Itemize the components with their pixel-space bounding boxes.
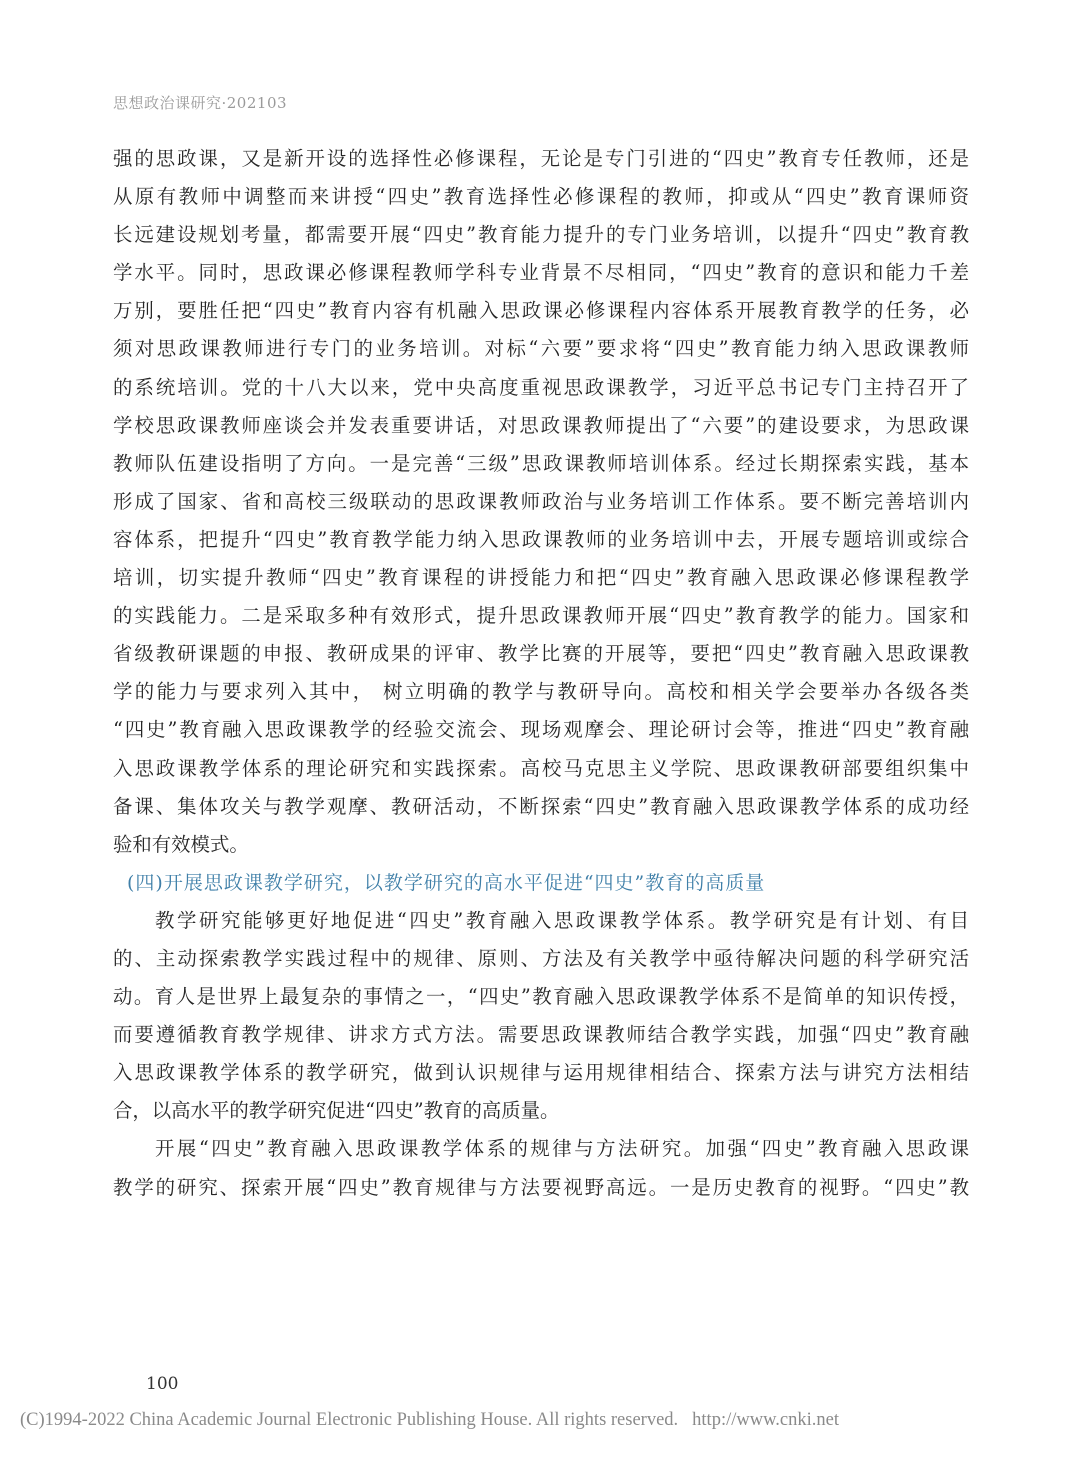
copyright-text: (C)1994-2022 China Academic Journal Elec…	[20, 1410, 678, 1430]
text-line: 教学研究能够更好地促进“四史”教育融入思政课教学体系。教学研究是有计划、有目	[113, 902, 969, 940]
footer-url: http://www.cnki.net	[692, 1410, 839, 1430]
text-line: 须对思政课教师进行专门的业务培训。对标“六要”要求将“四史”教育能力纳入思政课教…	[113, 330, 969, 368]
paragraph-methods-research: 开展“四史”教育融入思政课教学体系的规律与方法研究。加强“四史”教育融入思政课 …	[113, 1130, 969, 1206]
text-line: 教学的研究、探索开展“四史”教育规律与方法要视野高远。一是历史教育的视野。“四史…	[113, 1169, 969, 1207]
paragraph-training: 强的思政课，又是新开设的选择性必修课程，无论是专门引进的“四史”教育专任教师，还…	[113, 140, 969, 864]
text-line: 培训，切实提升教师“四史”教育课程的讲授能力和把“四史”教育融入思政课必修课程教…	[113, 559, 969, 597]
text-line: 从原有教师中调整而来讲授“四史”教育选择性必修课程的教师，抑或从“四史”教育课师…	[113, 178, 969, 216]
text-line: 教师队伍建设指明了方向。一是完善“三级”思政课教师培训体系。经过长期探索实践，基…	[113, 445, 969, 483]
text-line: 入思政课教学体系的教学研究，做到认识规律与运用规律相结合、探索方法与讲究方法相结	[113, 1054, 969, 1092]
text-line: 动。育人是世界上最复杂的事情之一，“四史”教育融入思政课教学体系不是简单的知识传…	[113, 978, 969, 1016]
text-line: 强的思政课，又是新开设的选择性必修课程，无论是专门引进的“四史”教育专任教师，还…	[113, 140, 969, 178]
paragraph-teaching-research: 教学研究能够更好地促进“四史”教育融入思政课教学体系。教学研究是有计划、有目 的…	[113, 902, 969, 1131]
text-line: 的实践能力。二是采取多种有效形式，提升思政课教师开展“四史”教育教学的能力。国家…	[113, 597, 969, 635]
page-number: 100	[146, 1374, 178, 1394]
text-line: 长远建设规划考量，都需要开展“四史”教育能力提升的专门业务培训，以提升“四史”教…	[113, 216, 969, 254]
text-line: 开展“四史”教育融入思政课教学体系的规律与方法研究。加强“四史”教育融入思政课	[113, 1130, 969, 1168]
running-header: 思想政治课研究·202103	[113, 92, 287, 113]
text-line: 学校思政课教师座谈会并发表重要讲话，对思政课教师提出了“六要”的建设要求，为思政…	[113, 407, 969, 445]
text-line: 形成了国家、省和高校三级联动的思政课教师政治与业务培训工作体系。要不断完善培训内	[113, 483, 969, 521]
text-line: 学的能力与要求列入其中， 树立明确的教学与教研导向。高校和相关学会要举办各级各类	[113, 673, 969, 711]
text-line: 容体系，把提升“四史”教育教学能力纳入思政课教师的业务培训中去，开展专题培训或综…	[113, 521, 969, 559]
text-line: “四史”教育融入思政课教学的经验交流会、现场观摩会、理论研讨会等，推进“四史”教…	[113, 711, 969, 749]
text-line: 验和有效模式。	[113, 826, 969, 864]
text-line: 入思政课教学体系的理论研究和实践探索。高校马克思主义学院、思政课教研部要组织集中	[113, 750, 969, 788]
text-line: 学水平。同时，思政课必修课程教师学科专业背景不尽相同，“四史”教育的意识和能力千…	[113, 254, 969, 292]
section-heading: (四)开展思政课教学研究，以教学研究的高水平促进“四史”教育的高质量	[113, 864, 969, 902]
text-line: 的、主动探索教学实践过程中的规律、原则、方法及有关教学中亟待解决问题的科学研究活	[113, 940, 969, 978]
text-line: 万别，要胜任把“四史”教育内容有机融入思政课必修课程内容体系开展教育教学的任务，…	[113, 292, 969, 330]
article-body: 强的思政课，又是新开设的选择性必修课程，无论是专门引进的“四史”教育专任教师，还…	[113, 140, 969, 1207]
text-line: 省级教研课题的申报、教研成果的评审、教学比赛的开展等，要把“四史”教育融入思政课…	[113, 635, 969, 673]
text-line: 备课、集体攻关与教学观摩、教研活动，不断探索“四史”教育融入思政课教学体系的成功…	[113, 788, 969, 826]
text-line: 的系统培训。党的十八大以来，党中央高度重视思政课教学，习近平总书记专门主持召开了	[113, 369, 969, 407]
text-line: 而要遵循教育教学规律、讲求方式方法。需要思政课教师结合教学实践，加强“四史”教育…	[113, 1016, 969, 1054]
text-line: 合，以高水平的教学研究促进“四史”教育的高质量。	[113, 1092, 969, 1130]
copyright-footer: (C)1994-2022 China Academic Journal Elec…	[20, 1410, 839, 1431]
